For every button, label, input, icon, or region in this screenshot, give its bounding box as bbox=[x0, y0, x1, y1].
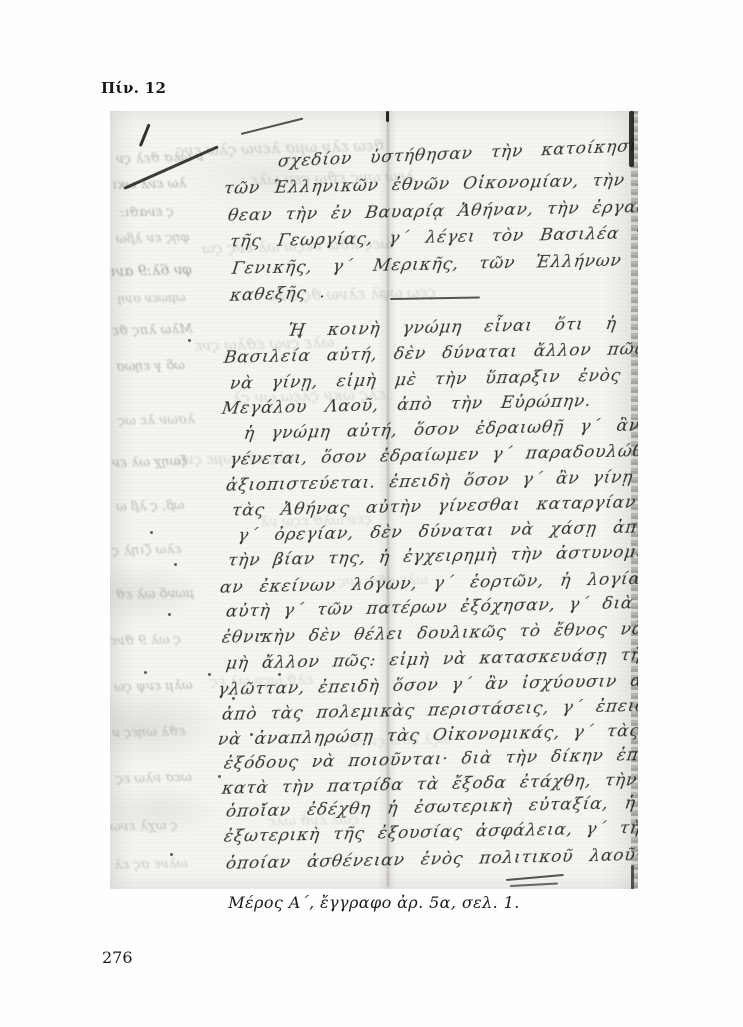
bleedthrough-fragment: ωμωεν σνη bbox=[118, 290, 186, 306]
ink-dot bbox=[188, 339, 191, 342]
bleedthrough-fragment: ωλνε σς ελ bbox=[114, 856, 188, 873]
plate-label: Πίν. 12 bbox=[101, 79, 166, 97]
pen-stroke bbox=[629, 111, 634, 167]
manuscript-line: ὁποίαν ἀσθένειαν ἑνὸς πολιτικοῦ λαοῦ· bbox=[225, 845, 638, 874]
bleedthrough-fragment: ωδ γ εηωσ bbox=[116, 358, 185, 375]
figure-caption: Μέρος Α΄, ἔγγραφο ἀρ. 5α, σελ. 1. bbox=[110, 893, 638, 912]
manuscript-line: γένεται, ὅσον ἑδραίωμεν γ΄ παραδουλώθη bbox=[229, 441, 638, 470]
manuscript-line: ὁποίαν ἐδέχθη ἡ ἐσωτερικὴ εὐταξία, ἡ bbox=[225, 793, 638, 822]
manuscript-line: καθεξῆς . bbox=[229, 283, 327, 306]
ink-dot bbox=[262, 803, 265, 806]
bleedthrough-fragment: ωβ, ς λβ ω bbox=[116, 498, 185, 515]
pen-stroke bbox=[631, 865, 634, 889]
pen-stroke bbox=[386, 111, 389, 122]
manuscript-line: ἀξιοπιστεύεται. ἐπειδὴ ὅσον γ΄ ἂν γίνῃ bbox=[225, 467, 635, 496]
ink-dot bbox=[298, 335, 301, 338]
bleedthrough-fragment: ς ωχλ ενω bbox=[110, 818, 178, 835]
page-number: 276 bbox=[102, 948, 133, 967]
manuscript-line: τὰς Ἀθήνας αὐτὴν γίνεσθαι καταργίαν bbox=[231, 493, 638, 522]
pen-stroke bbox=[506, 874, 564, 881]
manuscript-line: Ἡ κοινὴ γνώμη εἶναι ὅτι ἡ bbox=[287, 314, 618, 341]
manuscript-line: ἐθνικὴν δὲν θέλει δουλικῶς τὸ ἔθνος νὰ π… bbox=[221, 618, 638, 648]
ink-dot bbox=[278, 561, 281, 564]
manuscript-line: τὴν βίαν της, ἡ ἐγχειρημὴ τὴν ἀστυνομί: bbox=[227, 542, 638, 571]
manuscript-line: θεαν τὴν ἐν Βαυαρίᾳ Ἀθήναν, τὴν ἐργασίαν bbox=[227, 197, 638, 227]
bleedthrough-fragment: Μλω λπς ϑε bbox=[112, 322, 193, 339]
manuscript-scan: ν ωλσ ϑελ ςνλω ενλ ωκις εναϑι:φης εν λβω… bbox=[110, 111, 638, 889]
ink-dot bbox=[168, 613, 171, 616]
pen-stroke bbox=[139, 124, 150, 147]
manuscript-line: αὐτὴ γ΄ τῶν πατέρων ἐξόχησαν, γ΄ διὰ τὴν bbox=[225, 592, 638, 622]
manuscript-line: μὴ ἄλλον πῶς: εἰμὴ νὰ κατασκευάσῃ τὴν bbox=[225, 645, 638, 674]
bleedthrough-fragment: μωνδ ωλ εϑ bbox=[116, 586, 195, 603]
pen-stroke bbox=[510, 882, 558, 886]
bleedthrough-fragment: ωλμ ενψ ςω bbox=[114, 678, 193, 695]
pen-stroke bbox=[241, 118, 304, 135]
ink-dot bbox=[150, 531, 153, 534]
manuscript-line: ἀπὸ τὰς πολεμικὰς περιστάσεις, γ΄ ἐπειδὴ bbox=[221, 696, 638, 725]
ink-dot bbox=[144, 671, 147, 674]
bleedthrough-fragment: ς ωλ 9 ϑνε bbox=[110, 632, 181, 649]
book-page: Πίν. 12 ν ωλσ ϑελ ςνλω ενλ ωκις εναϑι:φη… bbox=[0, 0, 743, 1027]
bleedthrough-fragment: εϑλ ωηες ν bbox=[112, 724, 186, 741]
ink-dot bbox=[208, 673, 211, 676]
bleedthrough-fragment: λω ενλ ωκι bbox=[112, 176, 187, 193]
bleedthrough-fragment: λσων λε ως bbox=[118, 412, 195, 429]
bleedthrough-fragment: ς εναϑι: bbox=[120, 204, 174, 220]
manuscript-line: νὰ γίνῃ, εἰμὴ μὲ τὴν ὕπαρξιν ἑνὸς bbox=[229, 366, 623, 394]
ink-dot bbox=[174, 563, 177, 566]
ink-dot bbox=[218, 775, 221, 778]
bleedthrough-fragment: ωεσ νλω ες bbox=[116, 770, 192, 787]
ink-dot bbox=[250, 733, 253, 736]
ink-dot bbox=[260, 633, 263, 636]
manuscript-line: ἡ γνώμη αὐτή, ὅσον ἑδραιωθῇ γ΄ ἂν bbox=[243, 416, 638, 444]
bleedthrough-fragment: φν 6λ:9 ανι bbox=[110, 262, 192, 280]
ink-dot bbox=[232, 697, 235, 700]
ink-dot bbox=[278, 673, 281, 676]
ink-dot bbox=[170, 853, 173, 856]
bleedthrough-fragment: ελω ζιηλ ς bbox=[112, 542, 182, 559]
manuscript-line: ἐξόδους νὰ ποιοῦνται· διὰ τὴν δίκην ἐπει… bbox=[223, 744, 638, 774]
manuscript-line: τῆς Γεωργίας, γ΄ λέγει τὸν Βασιλέα τῆς bbox=[229, 223, 638, 252]
bleedthrough-fragment: φης εν λβω bbox=[116, 230, 190, 247]
